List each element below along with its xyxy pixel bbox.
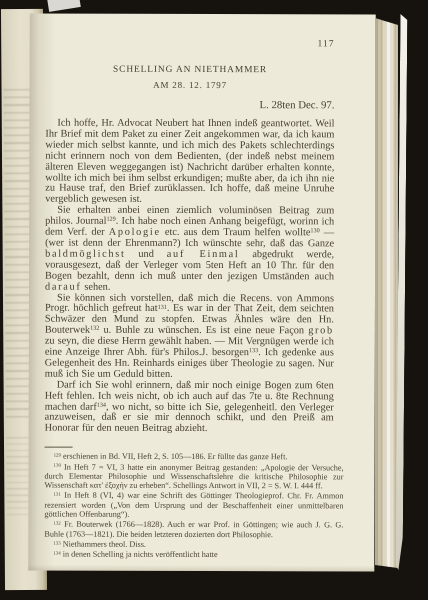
page-corner-highlight — [47, 0, 81, 12]
footnote-132: 132 Fr. Bouterwek (1766—1828). Auch er w… — [44, 520, 343, 539]
book-page: 117 SCHELLING AN NIETHAMMER AM 28. 12. 1… — [28, 14, 375, 572]
page-number: 117 — [46, 39, 335, 50]
footnote-marker: 130 — [310, 228, 319, 235]
letter-dateline: L. 28ten Dec. 97. — [45, 99, 334, 112]
footnote-number: 133 — [53, 541, 60, 546]
emphasized-text: auf Einmal — [167, 249, 240, 260]
footnote-number: 132 — [53, 522, 60, 527]
footnote-number: 131 — [53, 493, 60, 498]
footnote-133: 133 Niethammers theol. Diss. — [44, 540, 343, 550]
letter-paragraph-4: Darf ich Sie wohl erinnern, daß mir noch… — [45, 380, 334, 435]
emphasized-text: baldmöglichst — [45, 248, 125, 259]
emphasized-text: darauf — [45, 281, 82, 292]
footnote-134: 134 in denen Schelling ja nichts veröffe… — [44, 550, 343, 560]
footnote-number: 134 — [53, 552, 60, 557]
footnotes: 129 erschienen in Bd. VII, Heft 2, S. 10… — [44, 452, 333, 560]
footnote-marker: 132 — [90, 325, 99, 332]
footnote-number: 129 — [54, 454, 61, 459]
footnote-number: 130 — [54, 464, 61, 469]
page-stack-fore-edge — [375, 16, 398, 568]
letter-heading: SCHELLING AN NIETHAMMER — [46, 65, 335, 76]
footnote-marker: 133 — [249, 347, 258, 354]
footnote-marker: 134 — [97, 402, 106, 409]
footnote-129: 129 erschienen in Bd. VII, Heft 2, S. 10… — [45, 452, 344, 462]
footnote-130: 130 In Heft 7 = VI, 3 hatte ein anonymer… — [44, 462, 343, 491]
footnote-marker: 129 — [106, 216, 115, 223]
letter-heading-date: AM 28. 12. 1797 — [46, 80, 335, 91]
emphasized-text: Apologie — [109, 227, 161, 238]
letter-paragraph-2: Sie erhalten anbei einen ziemlich volumi… — [45, 206, 334, 294]
footnote-131: 131 In Heft 8 (VI, 4) war eine Schrift d… — [44, 491, 343, 520]
emphasized-text: grob — [308, 325, 334, 336]
book-photo: 117 SCHELLING AN NIETHAMMER AM 28. 12. 1… — [0, 0, 428, 600]
letter-body: Ich hoffe, Hr. Advocat Neubert hat Ihnen… — [45, 119, 335, 436]
footnote-separator-rule — [45, 447, 73, 448]
letter-paragraph-3: Sie können sich vorstellen, daß mich die… — [45, 293, 334, 381]
page-content: 117 SCHELLING AN NIETHAMMER AM 28. 12. 1… — [44, 14, 334, 560]
footnote-marker: 131 — [158, 304, 167, 311]
letter-paragraph-1: Ich hoffe, Hr. Advocat Neubert hat Ihnen… — [45, 119, 334, 207]
